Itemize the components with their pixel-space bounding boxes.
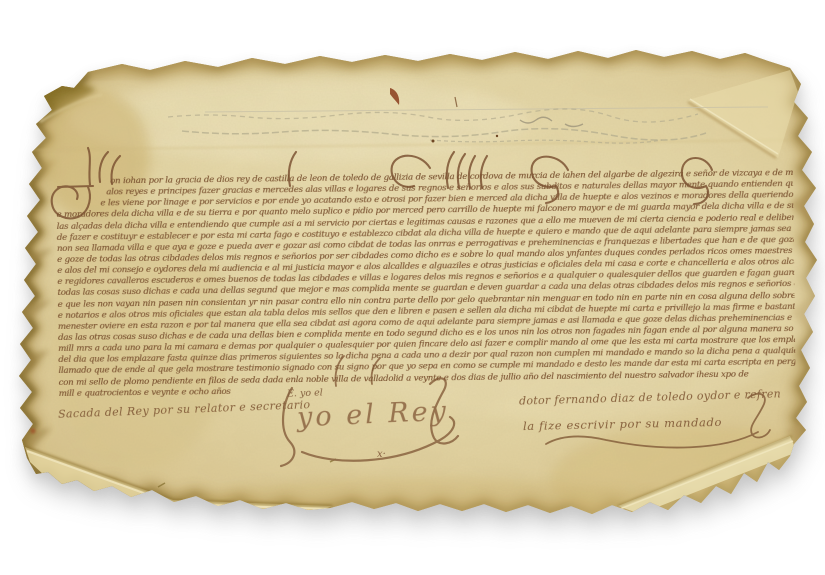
manuscript-text-block: on iohan por la gracia de dios rey de ca… [56,168,796,400]
signature-mark: x· [377,449,386,460]
post-closing-note: E. yo el [287,387,323,399]
royal-signature: yo el Rey [296,396,449,434]
page-background: on iohan por la gracia de dios rey de ca… [0,0,825,575]
